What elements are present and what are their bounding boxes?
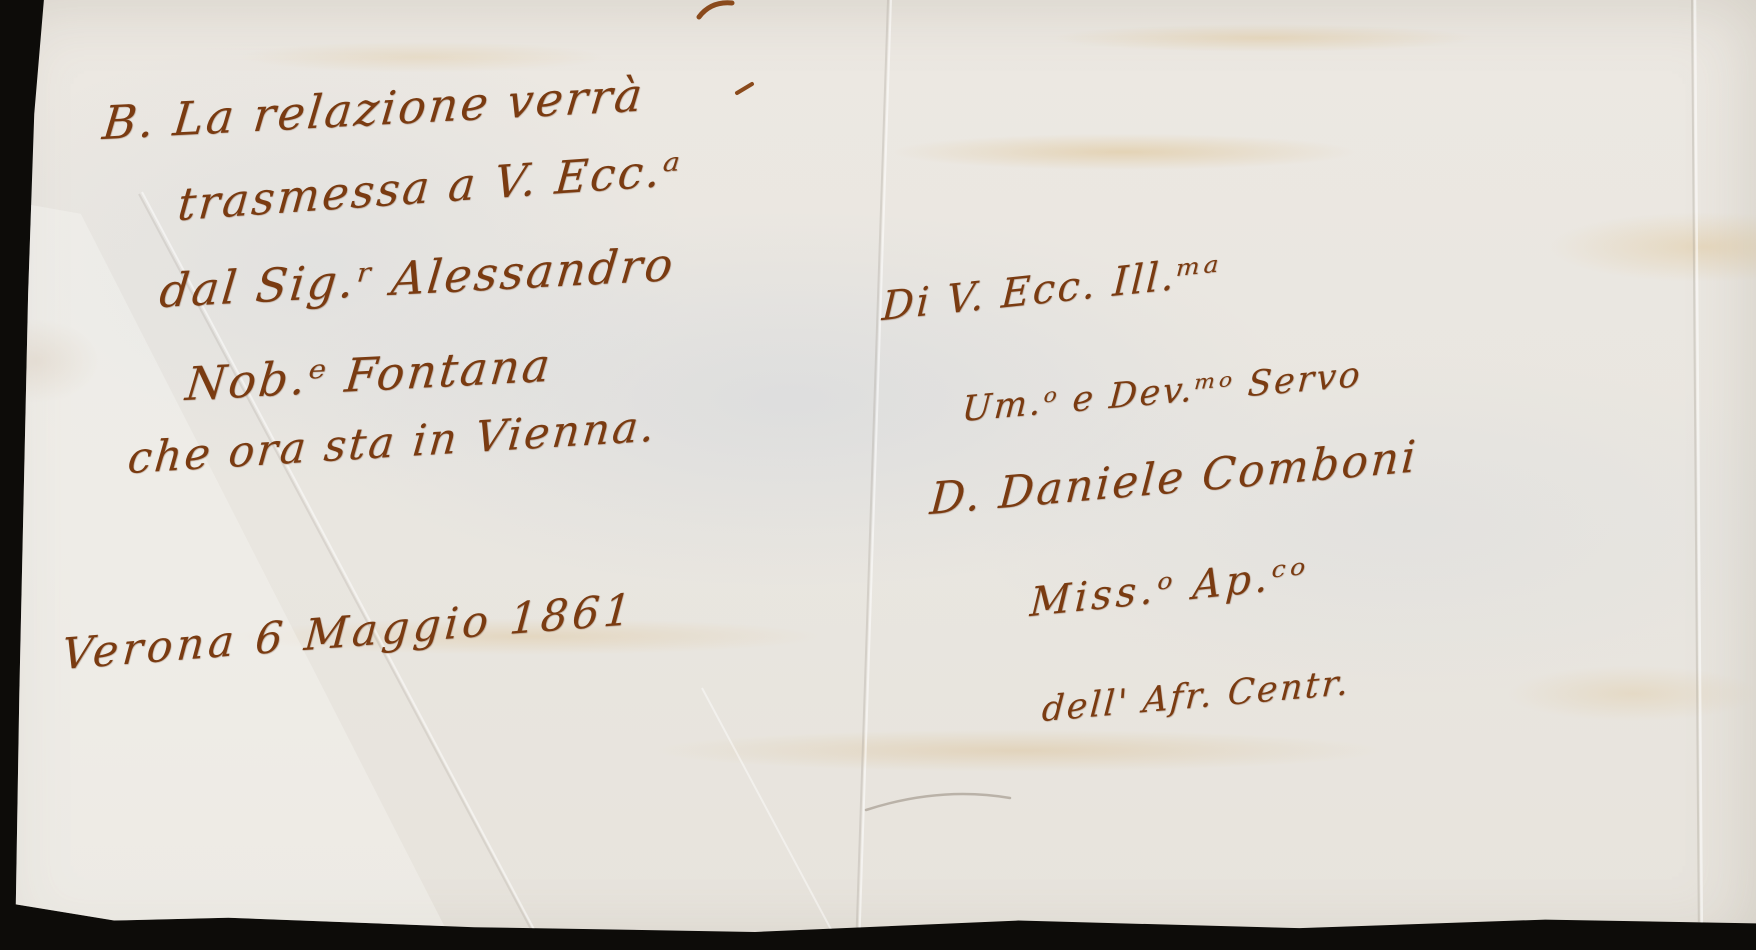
note-line-3: dal Sig.ʳ Alessandro — [157, 237, 678, 318]
ink-tick — [737, 84, 752, 93]
signature-title: Miss.ᵒ Ap.ᶜᵒ — [1029, 550, 1310, 626]
ink-mark-top-edge — [699, 3, 732, 17]
note-line-4: Nob.ᵉ Fontana — [183, 338, 555, 412]
signature-name: D. Daniele Comboni — [928, 431, 1419, 525]
pencil-stroke — [866, 794, 1010, 810]
note-line-1: B. La relazione verrà — [100, 67, 647, 150]
signature-title-region: dell' Afr. Centr. — [1041, 663, 1352, 730]
fold-crease-center — [856, 0, 891, 950]
fold-crease-right — [1692, 0, 1702, 950]
closing-addressee: Di V. Ecc. Ill.ᵐᵃ — [881, 248, 1222, 330]
closing-salutation: Um.ᵒ e Dev.ᵐᵒ Servo — [961, 355, 1364, 430]
note-line-2: trasmessa a V. Ecc.ᵃ — [176, 143, 684, 232]
letter-page: B. La relazione verrà trasmessa a V. Ecc… — [0, 0, 1756, 950]
note-line-5: che ora sta in Vienna. — [126, 401, 659, 484]
